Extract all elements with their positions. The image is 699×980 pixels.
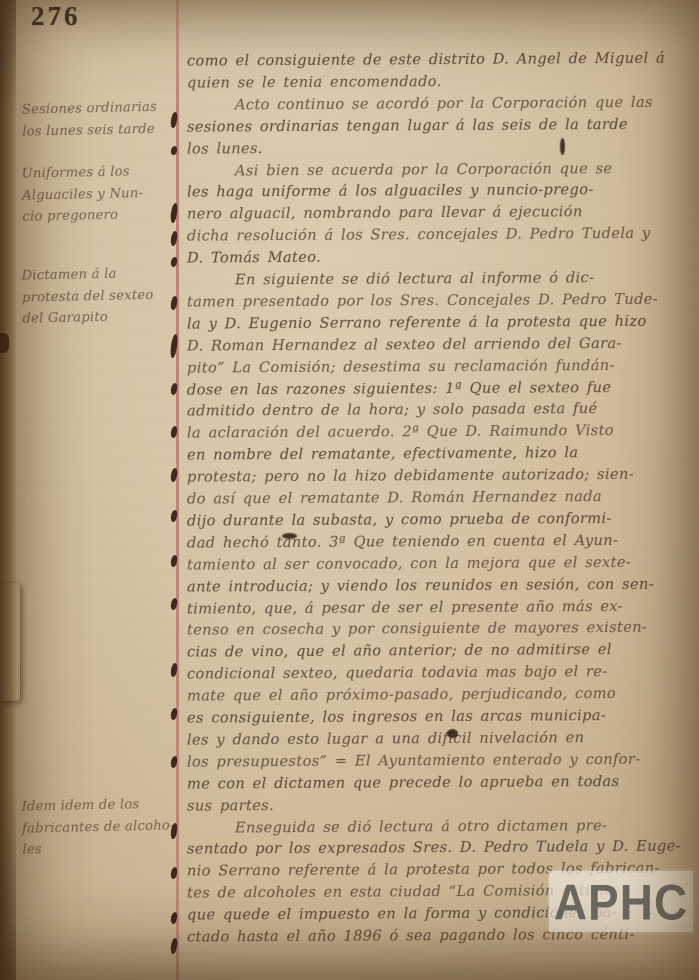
body-line: condicional sexteo, quedaria todavia mas… [187, 663, 693, 683]
body-line: tenso en cosecha y por consiguiente de m… [187, 619, 693, 639]
body-line: do así que el rematante D. Román Hernand… [187, 487, 693, 507]
body-line: pito” La Comisión; desestima su reclamac… [187, 356, 693, 376]
body-line: les haga uniforme á los alguaciles y nun… [187, 181, 693, 201]
body-line: les y dando esto lugar a una dificil niv… [187, 728, 693, 748]
body-line: D. Tomás Mateo. [187, 247, 693, 267]
ink-blot [170, 257, 177, 268]
body-line: quien se le tenia encomendado. [187, 71, 693, 91]
ink-blot [170, 296, 177, 311]
ink-blot [170, 510, 177, 523]
ink-blot [170, 334, 178, 358]
body-line: la y D. Eugenio Serrano referente á la p… [187, 312, 693, 332]
body-line: timiento, que, á pesar de ser el present… [187, 597, 693, 617]
body-line: nero alguacil, nombrando para llevar á e… [187, 203, 693, 223]
body-line: en nombre del rematante, efectivamente, … [187, 444, 693, 464]
ink-blot [170, 708, 177, 721]
body-line: sesiones ordinarias tengan lugar á las s… [187, 115, 693, 135]
body-line: protesta; pero no la hizo debidamente au… [187, 466, 693, 486]
aphc-watermark: APHC [549, 871, 693, 932]
ink-blot [170, 383, 177, 396]
ink-blot [170, 912, 177, 925]
body-line: mate que el año próximo-pasado, perjudic… [187, 685, 693, 705]
ink-blot [170, 938, 178, 955]
manuscript-page-photo: 276 Sesiones ordinariaslos lunes seis ta… [0, 0, 699, 980]
ink-blot [170, 867, 177, 880]
body-line: Acto continuo se acordó por la Corporaci… [187, 93, 699, 113]
ink-blot [170, 756, 177, 769]
body-line: tamiento al ser convocado, con la mejora… [187, 553, 693, 573]
ink-blot [170, 468, 177, 483]
ink-blot [170, 203, 178, 224]
ink-blot [170, 112, 178, 129]
ink-blot [170, 555, 177, 568]
ink-blot [170, 426, 177, 439]
body-line: cias de vino, que el año anterior; de no… [187, 641, 693, 661]
body-line: los presupuestos” = El Ayuntamiento ente… [187, 750, 693, 770]
page-number: 276 [31, 1, 81, 32]
body-line: los lunes. [187, 137, 693, 157]
ink-smudge [560, 138, 565, 155]
ink-blot [171, 146, 178, 156]
ink-blot [170, 663, 177, 678]
ink-blot [170, 231, 178, 247]
body-line: En siguiente se dió lectura al informe ó… [187, 268, 699, 288]
body-line: es consiguiente, los ingresos en las arc… [187, 706, 693, 726]
body-line: me con el dictamen que precede lo aprueb… [187, 772, 693, 792]
manuscript-body: como el consiguiente de este distrito D.… [0, 0, 699, 980]
ink-smudge [282, 533, 297, 539]
body-line: Enseguida se dió lectura á otro dictamen… [187, 816, 699, 836]
body-line: sentado por los expresados Sres. D. Pedr… [187, 838, 693, 858]
body-line: dicha resolución á los Sres. concejales … [187, 225, 693, 245]
body-line: como el consiguiente de este distrito D.… [187, 49, 693, 69]
body-line: sus partes. [187, 794, 693, 814]
watermark-text: APHC [554, 877, 688, 927]
body-line: tamen presentado por los Sres. Concejale… [187, 290, 693, 310]
body-line: D. Roman Hernandez al sexteo del arriend… [187, 334, 693, 354]
ink-smudge [447, 729, 458, 738]
ink-blot [170, 598, 177, 611]
ink-blot [170, 823, 178, 840]
body-line: dad hechó tanto. 3ª Que teniendo en cuen… [187, 531, 693, 551]
body-line: admitido dentro de la hora; y solo pasad… [187, 400, 693, 420]
body-line: ante introducia; y viendo los reunidos e… [187, 575, 693, 595]
body-line: dose en las razones siguientes: 1ª Que e… [187, 378, 693, 398]
body-line: la aclaración del acuerdo. 2ª Que D. Rai… [187, 422, 693, 442]
body-line: Asi bien se acuerda por la Corporación q… [187, 159, 699, 179]
body-line: dijo durante la subasta, y como prueba d… [187, 509, 693, 529]
